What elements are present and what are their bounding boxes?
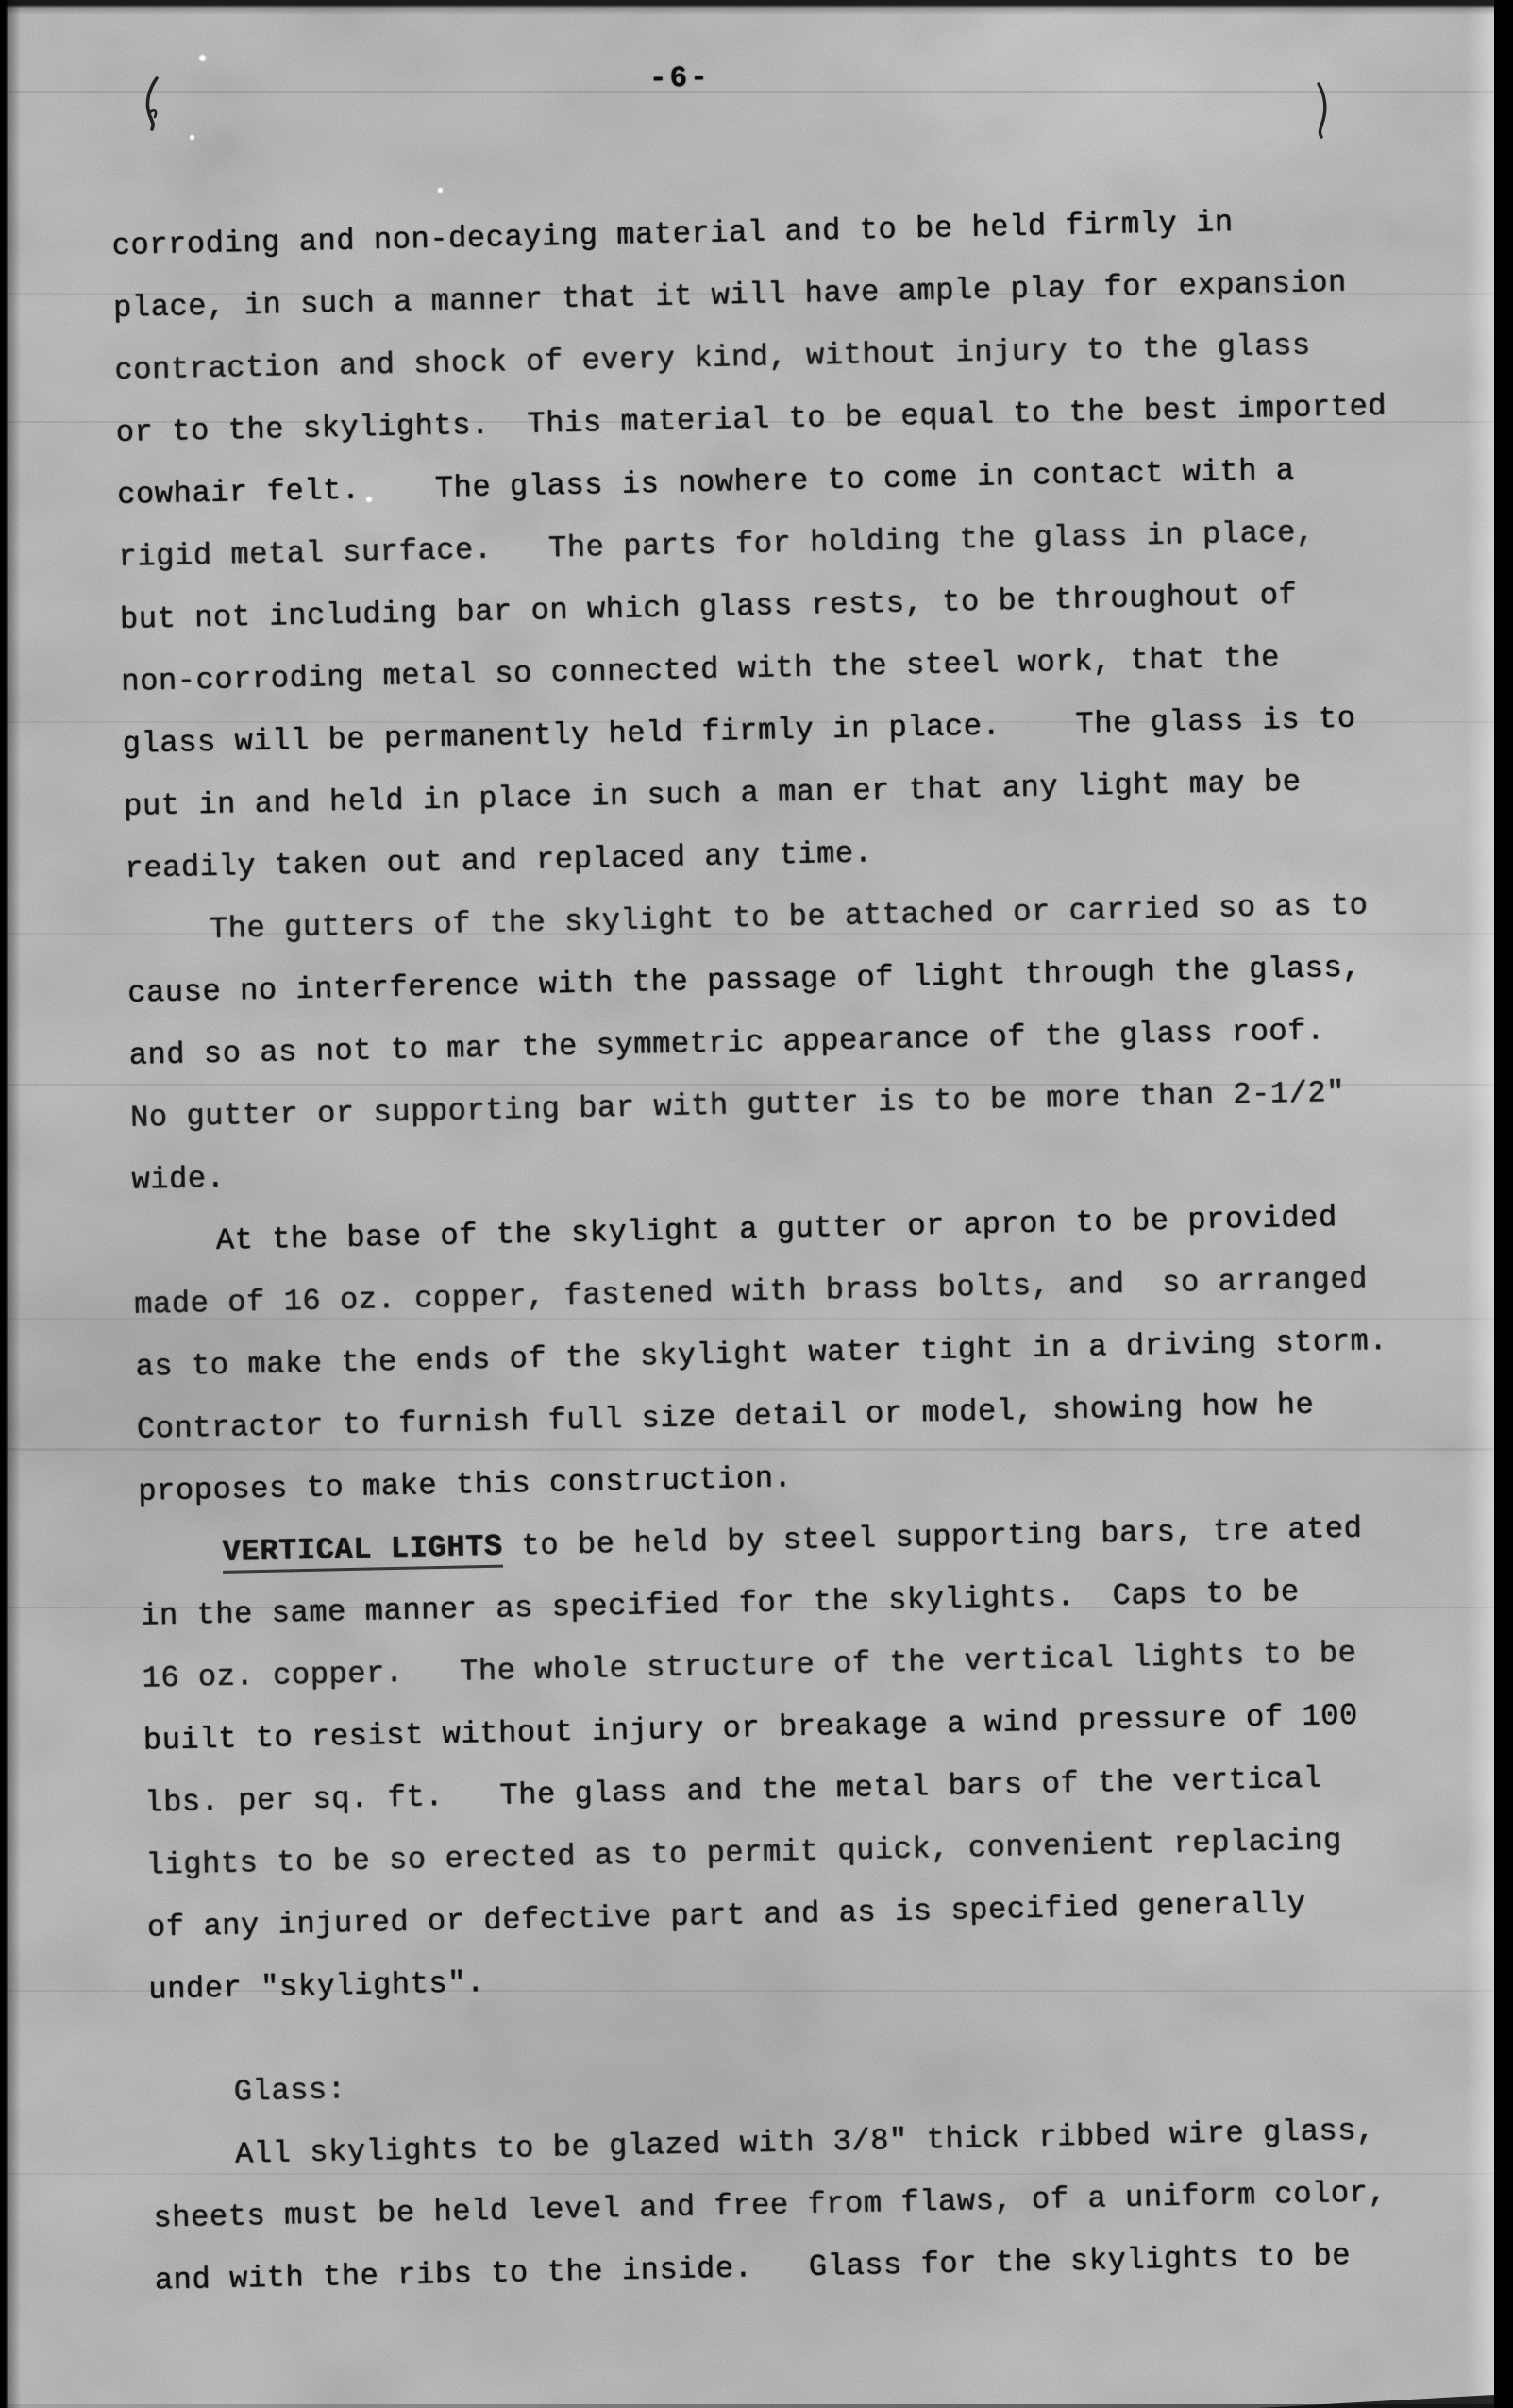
page-number: -6-	[649, 61, 712, 95]
paper-speck	[189, 134, 195, 141]
line-text: to be held by steel supporting bars, tre…	[502, 1511, 1363, 1564]
pen-mark-left	[142, 76, 166, 134]
paper-speck	[198, 54, 207, 62]
scan-edge-left	[0, 0, 21, 2408]
scan-corner-bottom-right	[1258, 2395, 1494, 2408]
scanned-page: -6- corroding and non-decaying material …	[0, 0, 1513, 2408]
pen-mark-right	[1310, 81, 1335, 140]
text-block: corroding and non-decaying material and …	[111, 189, 1424, 2313]
scan-edge-right	[1494, 0, 1513, 2408]
section-heading-vertical-lights: VERTICAL LIGHTS	[222, 1529, 503, 1574]
scan-edge-top	[0, 0, 1513, 15]
scan-streak	[0, 91, 1513, 93]
paper-speck	[437, 187, 444, 194]
scan-edge-bottom	[0, 2404, 1513, 2408]
paper-right-edge-highlight	[1466, 0, 1494, 2408]
